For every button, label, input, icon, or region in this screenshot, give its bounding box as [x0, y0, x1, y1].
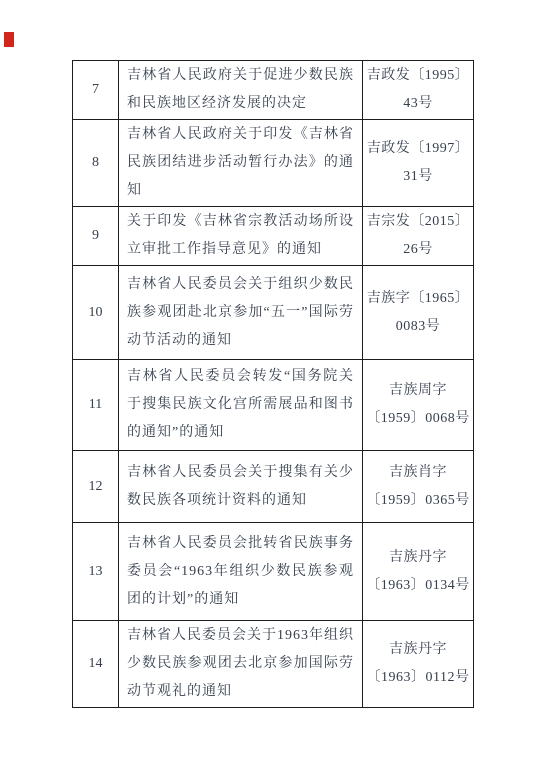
document-title-cell: 吉林省人民委员会批转省民族事务委员会“1963年组织少数民族参观团的计划”的通知 [119, 523, 363, 621]
table-row: 9 关于印发《吉林省宗教活动场所设立审批工作指导意见》的通知 吉宗发〔2015〕… [73, 207, 474, 266]
row-number-cell: 12 [73, 451, 119, 523]
row-number-cell: 7 [73, 61, 119, 120]
reference-number-cell: 吉族丹字 〔1963〕0112号 [363, 621, 474, 708]
row-number-cell: 10 [73, 266, 119, 360]
reference-number-cell: 吉政发〔1997〕 31号 [363, 120, 474, 207]
table-row: 14 吉林省人民委员会关于1963年组织少数民族参观团去北京参加国际劳动节观礼的… [73, 621, 474, 708]
row-number-cell: 8 [73, 120, 119, 207]
document-page: { "page": { "marker_color": "#d0261c" },… [0, 0, 537, 759]
document-table: 7 吉林省人民政府关于促进少数民族和民族地区经济发展的决定 吉政发〔1995〕 … [72, 60, 474, 708]
document-title-cell: 吉林省人民委员会关于搜集有关少数民族各项统计资料的通知 [119, 451, 363, 523]
table-body: 7 吉林省人民政府关于促进少数民族和民族地区经济发展的决定 吉政发〔1995〕 … [73, 61, 474, 708]
row-number-cell: 13 [73, 523, 119, 621]
table-row: 10 吉林省人民委员会关于组织少数民族参观团赴北京参加“五一”国际劳动节活动的通… [73, 266, 474, 360]
row-number-cell: 11 [73, 360, 119, 451]
table-row: 8 吉林省人民政府关于印发《吉林省民族团结进步活动暂行办法》的通知 吉政发〔19… [73, 120, 474, 207]
document-title-cell: 吉林省人民政府关于印发《吉林省民族团结进步活动暂行办法》的通知 [119, 120, 363, 207]
table-row: 13 吉林省人民委员会批转省民族事务委员会“1963年组织少数民族参观团的计划”… [73, 523, 474, 621]
reference-number-cell: 吉宗发〔2015〕 26号 [363, 207, 474, 266]
document-title-cell: 关于印发《吉林省宗教活动场所设立审批工作指导意见》的通知 [119, 207, 363, 266]
table-row: 12 吉林省人民委员会关于搜集有关少数民族各项统计资料的通知 吉族肖字 〔195… [73, 451, 474, 523]
table-row: 7 吉林省人民政府关于促进少数民族和民族地区经济发展的决定 吉政发〔1995〕 … [73, 61, 474, 120]
row-number-cell: 9 [73, 207, 119, 266]
row-number-cell: 14 [73, 621, 119, 708]
table-row: 11 吉林省人民委员会转发“国务院关于搜集民族文化宫所需展品和图书的通知”的通知… [73, 360, 474, 451]
red-marker-icon [4, 32, 14, 47]
reference-number-cell: 吉族字〔1965〕 0083号 [363, 266, 474, 360]
reference-number-cell: 吉政发〔1995〕 43号 [363, 61, 474, 120]
document-title-cell: 吉林省人民委员会关于组织少数民族参观团赴北京参加“五一”国际劳动节活动的通知 [119, 266, 363, 360]
document-title-cell: 吉林省人民委员会转发“国务院关于搜集民族文化宫所需展品和图书的通知”的通知 [119, 360, 363, 451]
document-title-cell: 吉林省人民政府关于促进少数民族和民族地区经济发展的决定 [119, 61, 363, 120]
reference-number-cell: 吉族周字 〔1959〕0068号 [363, 360, 474, 451]
reference-number-cell: 吉族肖字 〔1959〕0365号 [363, 451, 474, 523]
document-title-cell: 吉林省人民委员会关于1963年组织少数民族参观团去北京参加国际劳动节观礼的通知 [119, 621, 363, 708]
reference-number-cell: 吉族丹字 〔1963〕0134号 [363, 523, 474, 621]
